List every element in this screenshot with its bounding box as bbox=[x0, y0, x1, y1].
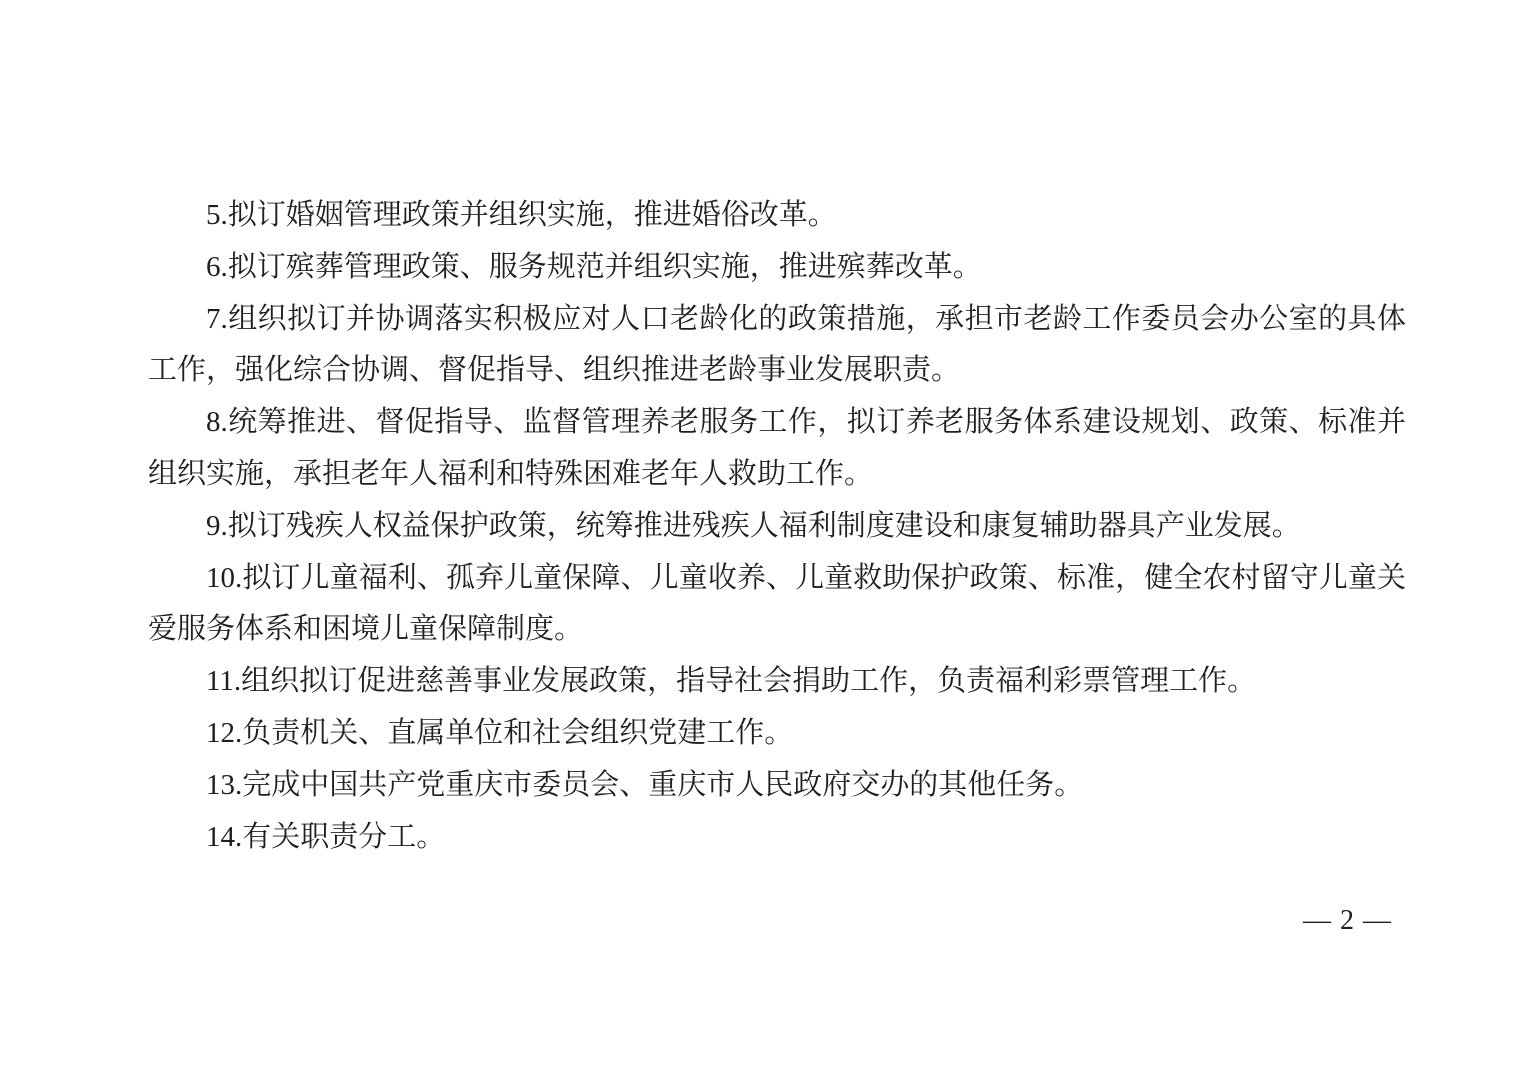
paragraph-item-7: 7.组织拟订并协调落实积极应对人口老龄化的政策措施，承担市老龄工作委员会办公室的… bbox=[148, 294, 1406, 398]
paragraph-item-6: 6.拟订殡葬管理政策、服务规范并组织实施，推进殡葬改革。 bbox=[148, 242, 1406, 294]
document-page: 5.拟订婚姻管理政策并组织实施，推进婚俗改革。 6.拟订殡葬管理政策、服务规范并… bbox=[0, 0, 1520, 1074]
paragraph-item-12: 12.负责机关、直属单位和社会组织党建工作。 bbox=[148, 708, 1406, 760]
page-number: — 2 — bbox=[1303, 903, 1392, 939]
document-body: 5.拟订婚姻管理政策并组织实施，推进婚俗改革。 6.拟订殡葬管理政策、服务规范并… bbox=[148, 190, 1406, 863]
paragraph-item-14: 14.有关职责分工。 bbox=[148, 812, 1406, 864]
paragraph-item-10: 10.拟订儿童福利、孤弃儿童保障、儿童收养、儿童救助保护政策、标准，健全农村留守… bbox=[148, 553, 1406, 657]
paragraph-item-11: 11.组织拟订促进慈善事业发展政策，指导社会捐助工作，负责福利彩票管理工作。 bbox=[148, 656, 1406, 708]
paragraph-item-9: 9.拟订残疾人权益保护政策，统筹推进残疾人福利制度建设和康复辅助器具产业发展。 bbox=[148, 501, 1406, 553]
paragraph-item-13: 13.完成中国共产党重庆市委员会、重庆市人民政府交办的其他任务。 bbox=[148, 760, 1406, 812]
paragraph-item-5: 5.拟订婚姻管理政策并组织实施，推进婚俗改革。 bbox=[148, 190, 1406, 242]
paragraph-item-8: 8.统筹推进、督促指导、监督管理养老服务工作，拟订养老服务体系建设规划、政策、标… bbox=[148, 397, 1406, 501]
